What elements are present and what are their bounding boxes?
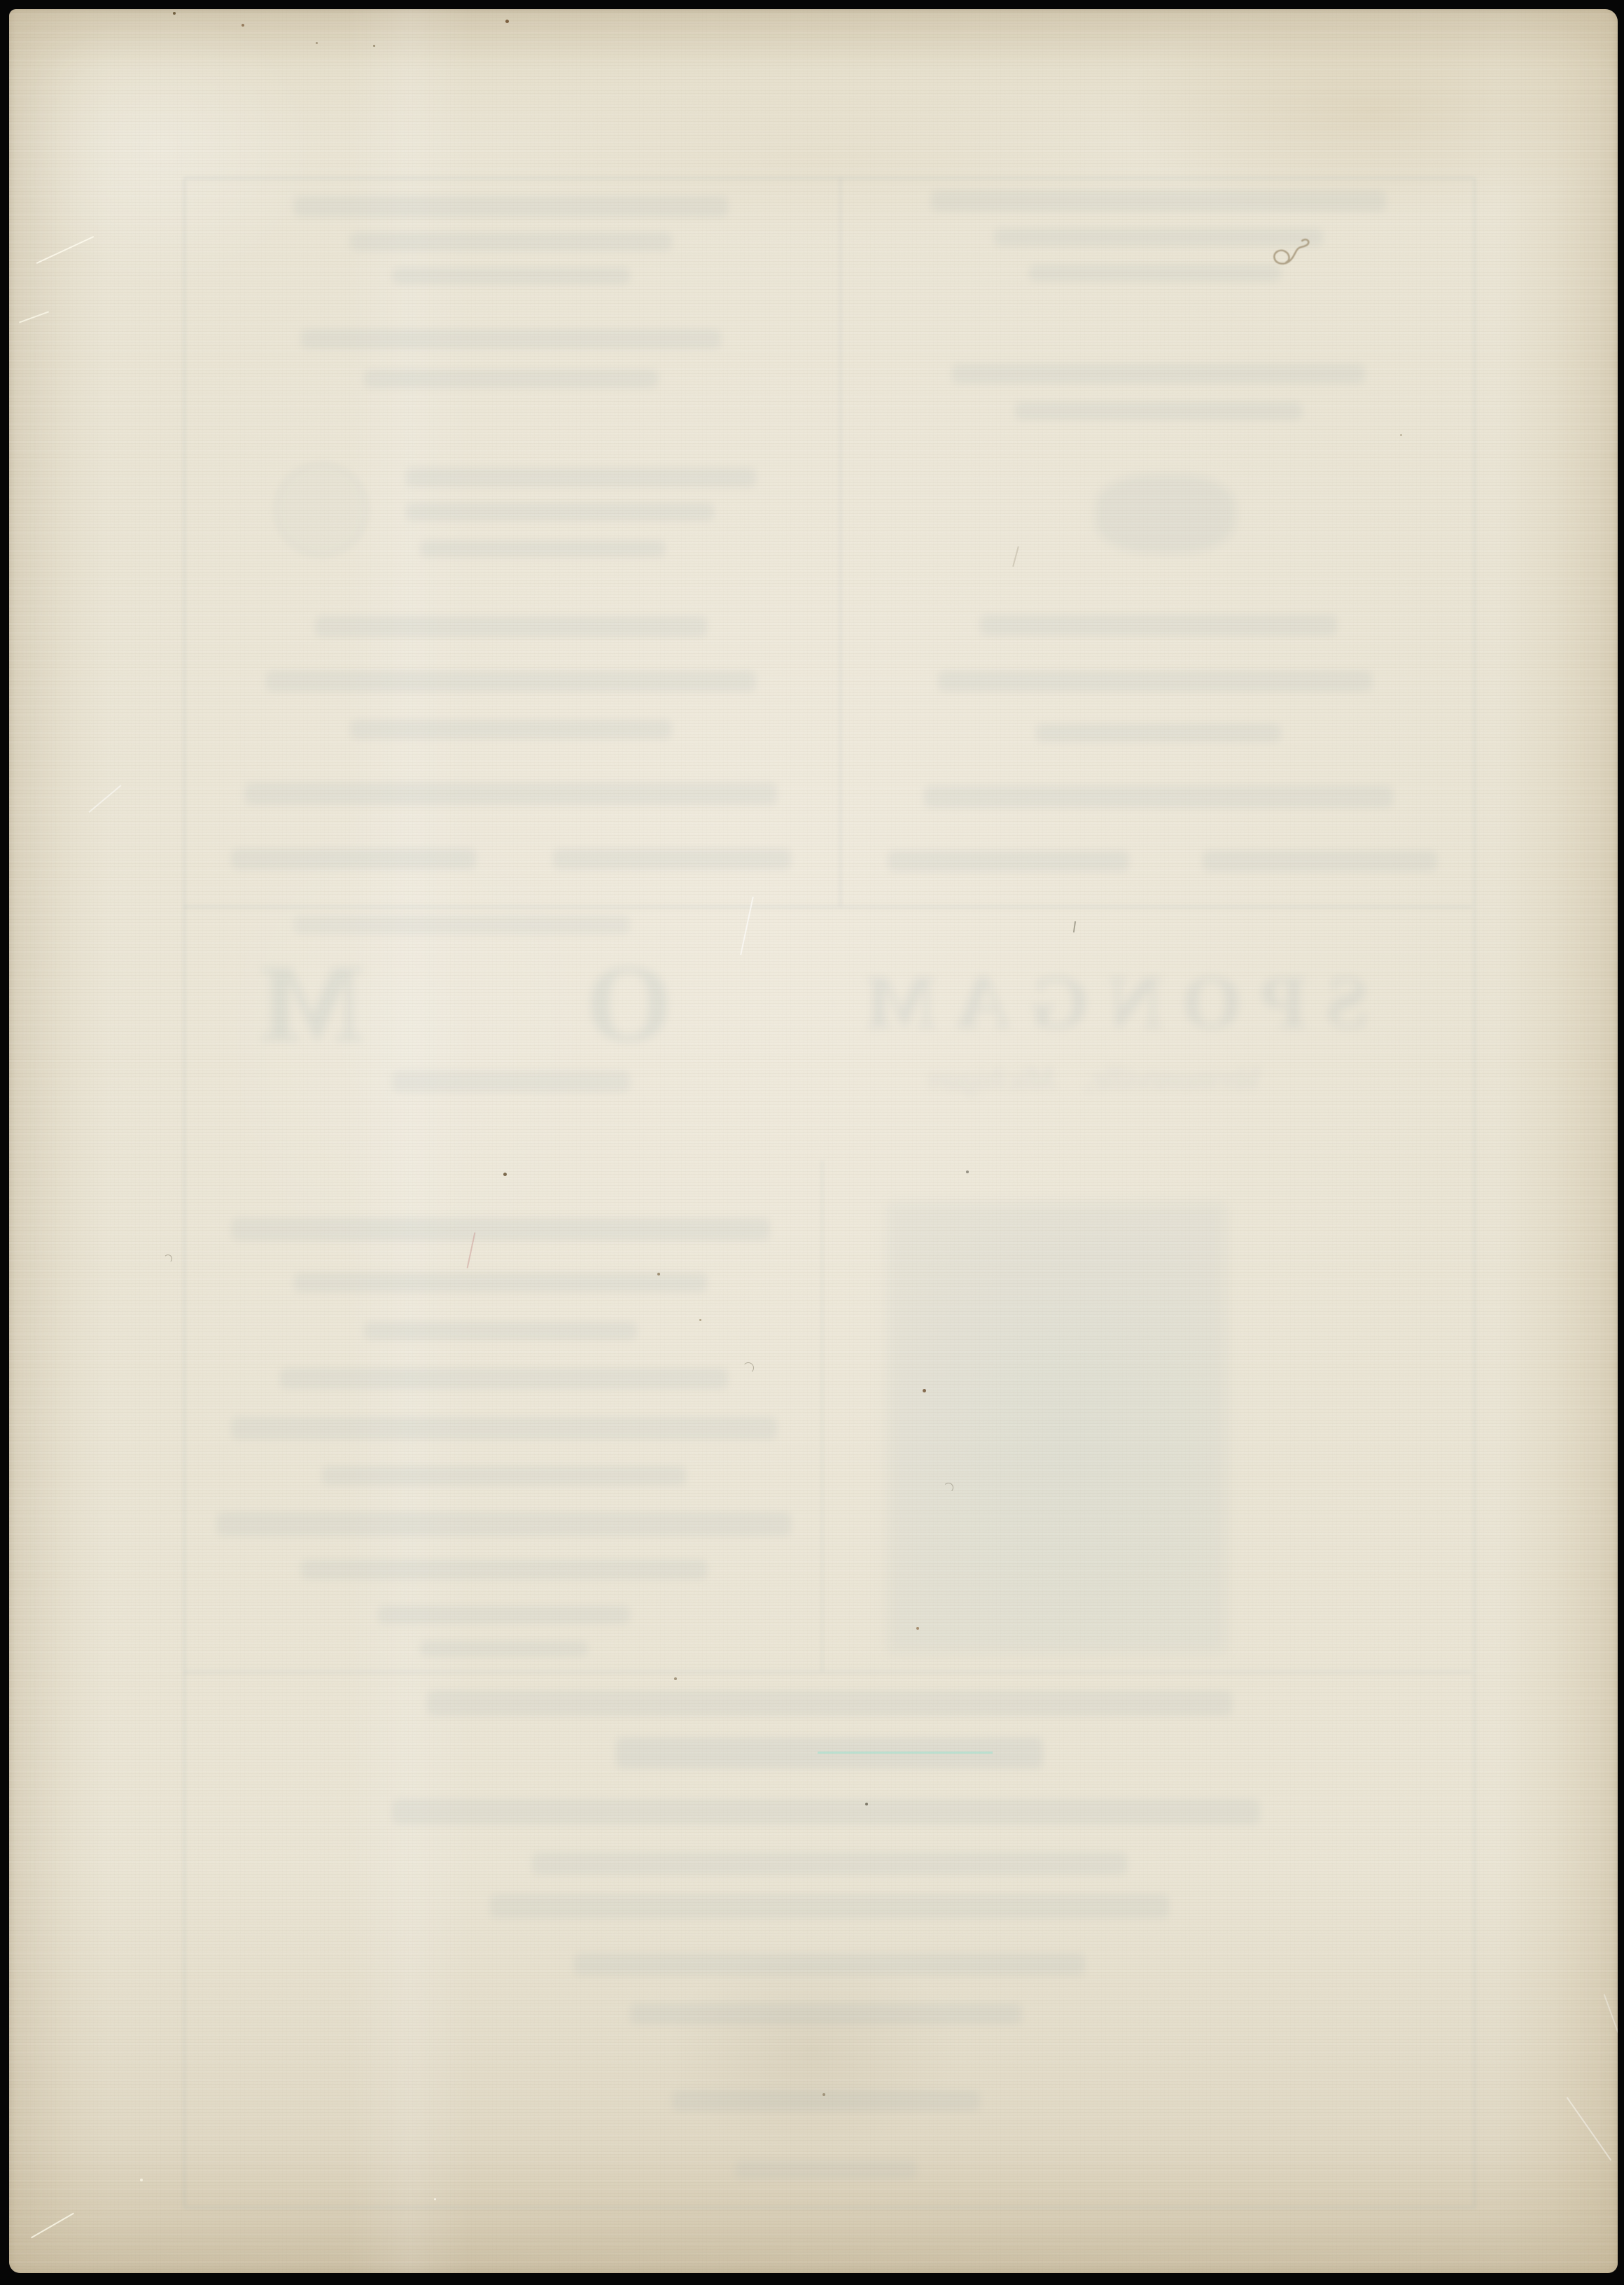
paper-speck	[503, 1173, 507, 1176]
ghost-glyph: M	[259, 949, 363, 1059]
ghost-text-line	[1036, 724, 1281, 742]
ghost-text-line	[392, 1071, 630, 1092]
paper-fiber-curl	[743, 1362, 754, 1374]
ghost-text-line	[315, 616, 707, 637]
ghost-text-line	[301, 1560, 707, 1579]
paper-speck	[916, 1627, 919, 1630]
ghost-text-line	[364, 1322, 637, 1340]
ghost-text-line	[266, 671, 756, 692]
ghost-text-line	[294, 916, 630, 934]
ghost-text-line	[574, 1953, 1085, 1976]
ghost-text-line	[350, 232, 672, 251]
paper-scratch	[1073, 921, 1076, 932]
ghost-text-line	[420, 1641, 588, 1656]
paper-speck	[1400, 434, 1402, 436]
paper-stain	[9, 9, 107, 2273]
ghost-text-line	[231, 1417, 777, 1439]
paper-page: OMSPONGAMVermontville,Michigan	[9, 9, 1618, 2273]
paper-laid-texture	[9, 9, 1618, 2273]
paper-speck	[505, 20, 509, 23]
paper-scratch	[1012, 546, 1019, 566]
ghost-text-line	[217, 1512, 791, 1536]
ghost-glyph: S	[1326, 964, 1368, 1040]
ghost-text-line	[931, 190, 1386, 211]
paper-scratch	[88, 785, 121, 813]
ghost-text-line	[1015, 402, 1302, 420]
paper-speck	[316, 42, 318, 44]
paper-speck	[822, 2093, 825, 2096]
ghost-row-divider	[183, 1671, 1471, 1673]
ghost-text-line	[616, 1738, 1043, 1768]
ghost-column-divider	[821, 1161, 823, 1672]
paper-speck	[434, 2198, 436, 2200]
paper-speck	[674, 1677, 677, 1680]
paper-stain	[1498, 9, 1618, 2273]
ghost-glyph: N	[1108, 964, 1163, 1040]
paper-scratch	[31, 2213, 74, 2239]
ghost-glyph: A	[955, 964, 1011, 1040]
paper-fiber-curl	[164, 1255, 172, 1263]
ghost-text-line	[672, 2090, 980, 2111]
ghost-text-line	[392, 1799, 1260, 1824]
ghost-logo-blob	[1095, 475, 1235, 553]
ghost-text-line	[294, 196, 728, 217]
paper-scratch	[19, 311, 49, 323]
ghost-glyph: O	[586, 949, 672, 1059]
paper-stain	[9, 9, 317, 289]
paper-scratch	[1567, 2097, 1612, 2160]
paper-speck	[923, 1389, 926, 1392]
ghost-row-divider	[183, 906, 1471, 908]
ghost-glyph: P	[1261, 964, 1308, 1040]
paper-grain-texture	[9, 9, 1618, 2273]
ghost-glyph: M	[864, 964, 937, 1040]
ghost-text-line	[322, 1466, 686, 1486]
paper-speck	[699, 1319, 701, 1321]
stain-layer	[9, 9, 1618, 2273]
paper-speck	[865, 1803, 868, 1805]
ghost-text-line	[245, 783, 777, 805]
ghost-text-line	[406, 468, 756, 487]
paper-speck	[173, 12, 176, 15]
paper-stain	[210, 770, 602, 1302]
paper-scratch	[1604, 1994, 1618, 2053]
ghost-text-line	[231, 1218, 770, 1241]
paper-scratch	[818, 1752, 993, 1754]
paper-stain	[350, 9, 469, 2273]
paper-scratch	[740, 897, 754, 956]
ghost-text-line	[280, 1368, 728, 1389]
ghost-text-line	[952, 364, 1365, 384]
ghost-glyph: O	[1182, 964, 1242, 1040]
ghost-text-line	[427, 1691, 1232, 1716]
ghost-text-line	[378, 1606, 630, 1624]
paper-speck	[657, 1273, 660, 1276]
ghost-glyph: Michigan	[927, 1062, 1056, 1096]
paper-stain	[868, 1183, 1260, 1673]
scan-background: OMSPONGAMVermontville,Michigan	[0, 0, 1624, 2285]
paper-speck	[140, 2179, 143, 2181]
ghost-big-text: OM	[259, 944, 672, 1064]
ghost-text-line	[630, 2004, 1022, 2025]
ghost-text-line	[420, 540, 665, 557]
paper-scratch	[36, 236, 94, 264]
paper-stain	[490, 77, 1148, 238]
ghost-showthrough-layer: OMSPONGAMVermontville,Michigan	[9, 9, 1618, 2273]
paper-stain	[9, 2142, 1618, 2273]
ghost-text-line	[938, 671, 1372, 692]
ghost-photo-block	[888, 1203, 1226, 1654]
ghost-column-divider	[839, 177, 841, 907]
pencil-mark-path	[1273, 235, 1309, 267]
ghost-big-text: SPONGAM	[864, 960, 1368, 1043]
ghost-text-line	[392, 267, 630, 284]
ghost-big-text: Vermontville,Michigan	[927, 1061, 1262, 1097]
paper-scratch	[467, 1232, 476, 1268]
ghost-text-line	[1203, 851, 1437, 872]
ghost-text-line	[350, 720, 672, 739]
ghost-text-line	[980, 615, 1337, 636]
pencil-mark-8-icon	[1266, 231, 1314, 276]
paper-stain	[665, 1946, 959, 2156]
paper-fiber-curl	[944, 1483, 953, 1493]
ghost-text-line	[490, 1894, 1169, 1918]
ghost-glyph: Vermontville,	[1084, 1062, 1262, 1096]
grain-rect	[9, 9, 1618, 2273]
blemish-layer	[9, 9, 1618, 2273]
paper-stain	[1120, 9, 1618, 224]
ghost-ad-frame	[183, 177, 1476, 2209]
paper-speck	[373, 45, 375, 47]
ghost-text-line	[294, 1273, 707, 1292]
ghost-text-line	[406, 503, 714, 521]
ghost-text-line	[301, 329, 721, 349]
ghost-text-line	[994, 228, 1323, 246]
ghost-text-line	[1029, 265, 1281, 281]
paper-stain	[9, 9, 1618, 65]
ghost-text-line	[735, 2160, 917, 2179]
ghost-text-line	[231, 848, 476, 869]
paper-speck	[966, 1171, 969, 1173]
ghost-text-line	[553, 848, 791, 869]
ghost-text-line	[888, 851, 1129, 872]
ghost-emblem-circle	[275, 463, 367, 556]
ghost-glyph: G	[1030, 964, 1089, 1040]
ghost-text-line	[364, 370, 658, 388]
ghost-text-line	[924, 785, 1393, 808]
paper-speck	[241, 24, 244, 27]
ghost-text-line	[532, 1852, 1127, 1875]
